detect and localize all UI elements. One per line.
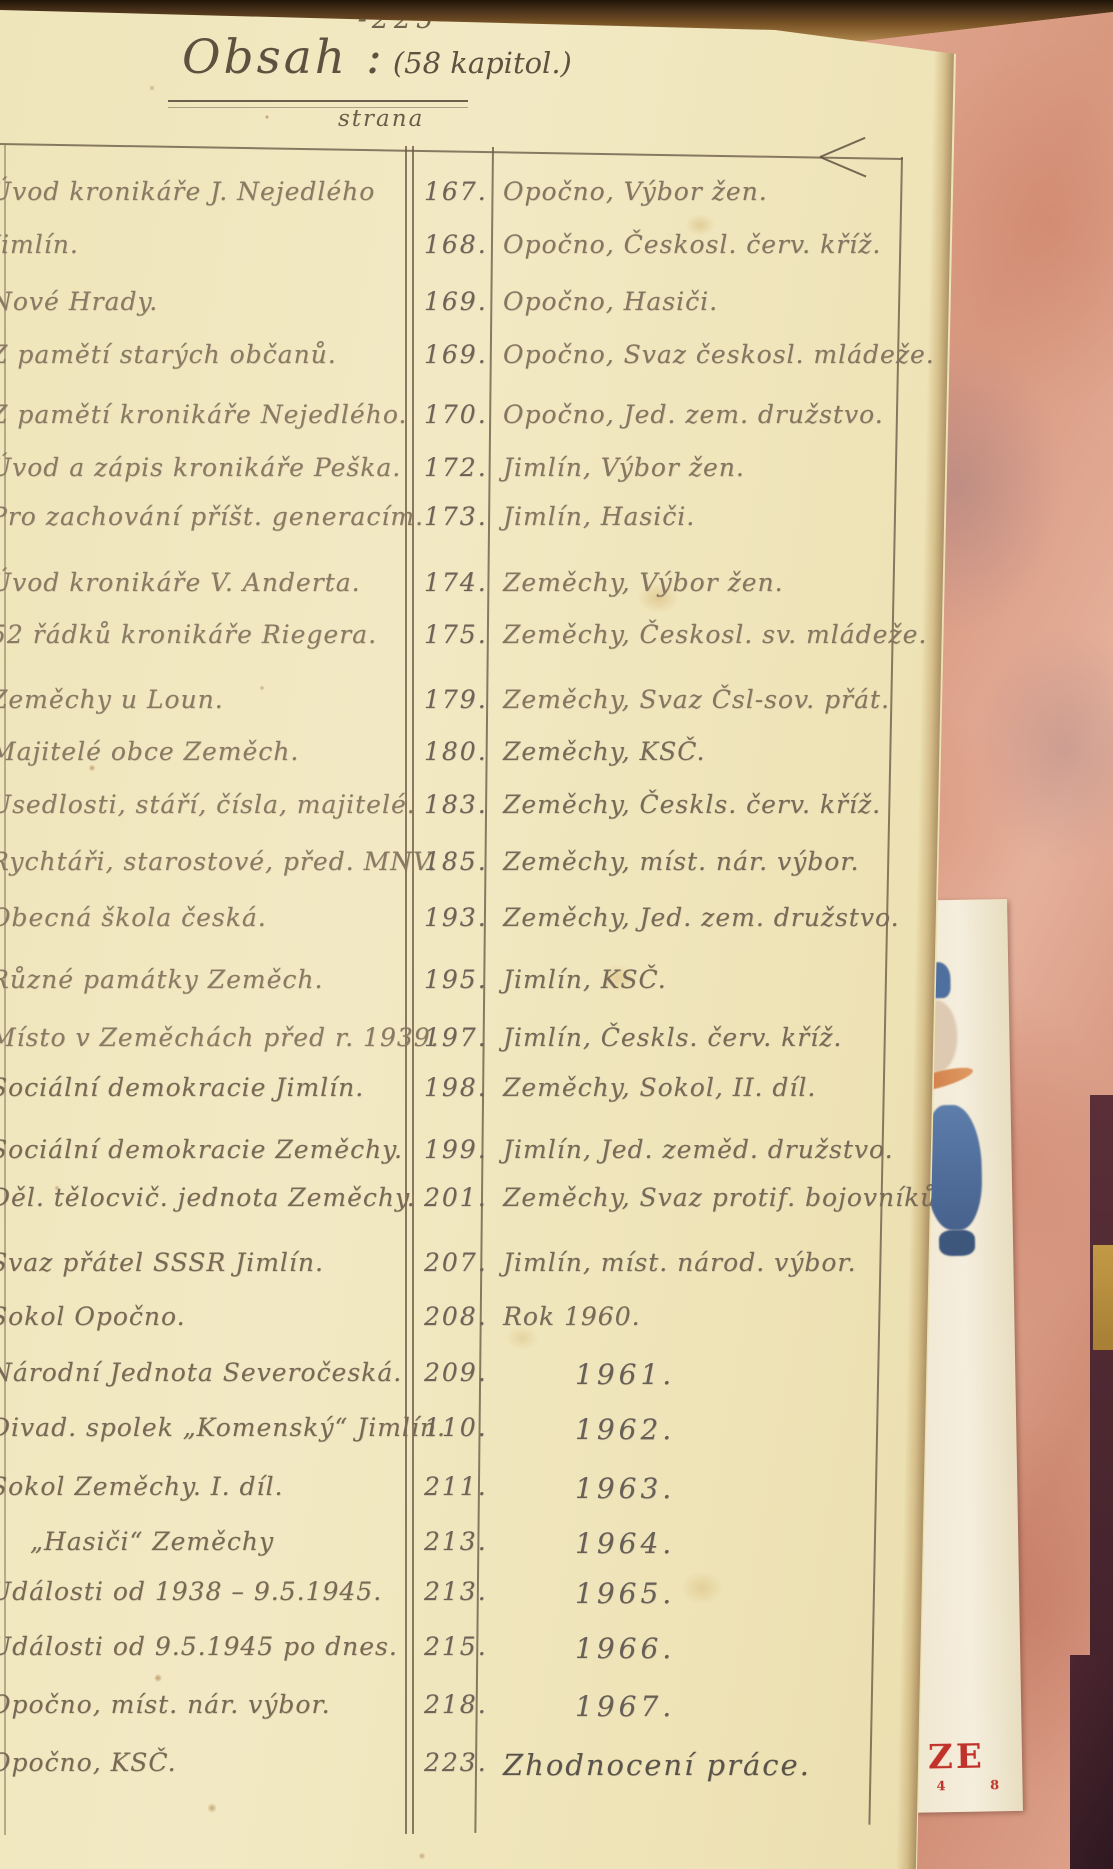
toc-entry-title-right: Opočno, Svaz českosl. mládeže. [503,340,935,369]
toc-entry-title: Různé památky Zeměch. [0,965,323,994]
toc-page-number: 199. [424,1135,488,1164]
toc-page-number: 218. [424,1690,488,1719]
toc-page-number: 185. [424,847,488,876]
figure-illustration [939,1230,975,1257]
toc-page-number: 197. [424,1023,488,1052]
toc-page-number: 223. [424,1748,488,1777]
toc-entry-title: Úvod kronikáře V. Anderta. [0,568,361,597]
toc-page-number: 213. [424,1577,488,1606]
toc-entry-title: Opočno, KSČ. [0,1748,177,1777]
toc-entry-title: Nové Hrady. [0,287,158,316]
toc-entry-title-right: Zeměchy, Svaz Čsl-sov. přát. [503,685,890,714]
toc-entry-title: „Hasiči“ Zeměchy [30,1527,274,1556]
toc-entry-title-right: Jimlín, Hasiči. [503,502,695,531]
toc-page-number: 167. [424,177,488,206]
toc-page-number: 201. [424,1183,488,1212]
toc-page-number: 175. [424,620,488,649]
toc-entry-title: Z pamětí kronikáře Nejedlého. [0,400,407,429]
toc-entry-title: Národní Jednota Severočeská. [0,1358,402,1387]
toc-entry-title-right: 1963. [575,1472,675,1505]
toc-entry-title-right: 1967. [575,1690,675,1723]
toc-entry-title-right: Opočno, Jed. zem. družstvo. [503,400,884,429]
figure-illustration [925,1104,983,1230]
toc-entry-title-right: Jimlín, Českls. červ. kříž. [503,1023,842,1052]
toc-page-number: 174. [424,568,488,597]
toc-entry-title: Úvod a zápis kronikáře Peška. [0,453,401,482]
toc-entry-title: Události od 1938 – 9.5.1945. [0,1577,382,1606]
toc-page-number: 169. [424,340,488,369]
toc-page-number: 183. [424,790,488,819]
toc-entry-title: Místo v Zeměchách před r. 1939. [0,1023,440,1052]
toc-entry-title-right: Zeměchy, Sokol, II. díl. [503,1073,816,1102]
toc-entry-title: Úvod kronikáře J. Nejedlého [0,177,375,206]
toc-entry-title: Z pamětí starých občanů. [0,340,337,369]
toc-row: Jimlín.168.Opočno, Českosl. červ. kříž. [0,230,1113,272]
toc-page-number: 168. [424,230,488,259]
toc-entry-title-right: Opočno, Výbor žen. [503,177,768,206]
toc-entry-title-right: Zeměchy, míst. nár. výbor. [503,847,860,876]
toc-entry-title: Sokol Opočno. [0,1302,186,1331]
toc-page-number: 208. [424,1302,488,1331]
toc-row: Nové Hrady.169.Opočno, Hasiči. [0,287,1113,329]
toc-entry-title: Obecná škola česká. [0,903,267,932]
toc-entry-title-right: 1964. [575,1527,675,1560]
toc-entry-title: Divad. spolek „Komenský“ Jimlín. [0,1413,446,1442]
toc-entry-title-right: Zeměchy, KSČ. [503,737,705,766]
toc-page-number: 169. [424,287,488,316]
toc-entry-title-right: Rok 1960. [503,1302,641,1331]
toc-entry-title-right: Jimlín, míst. národ. výbor. [503,1248,857,1277]
toc-page-number: 213. [424,1527,488,1556]
toc-page-number: 195. [424,965,488,994]
toc-entry-title: Usedlosti, stáří, čísla, majitelé. [0,790,416,819]
toc-entry-title-right: Zhodnocení práce. [503,1748,811,1782]
toc-entry-title-right: Zeměchy, Českosl. sv. mládeže. [503,620,927,649]
toc-entry-title-right: Opočno, Hasiči. [503,287,718,316]
toc-row: Z pamětí starých občanů.169.Opočno, Svaz… [0,340,1113,382]
toc-page-number: 215. [424,1632,488,1661]
toc-page-number: 172. [424,453,488,482]
toc-row: Úvod a zápis kronikáře Peška.172.Jimlín,… [0,453,1113,495]
postcard-red-digits: 4 8 [936,1779,1019,1793]
toc-entry-title-right: 1962. [575,1413,675,1446]
toc-row: Úvod kronikáře J. Nejedlého167.Opočno, V… [0,177,1113,219]
toc-entry-title: Události od 9.5.1945 po dnes. [0,1632,398,1661]
toc-page-number: 207. [424,1248,488,1277]
toc-entry-title-right: Zeměchy, Výbor žen. [503,568,784,597]
toc-page-number: 173. [424,502,488,531]
scanned-chronicle-page: ZE 4 8 -225- Obsah :(58 kapitol.) strana… [0,0,1113,1869]
toc-page-number: 179. [424,685,488,714]
toc-entry-title-right: Jimlín, Jed. zeměd. družstvo. [503,1135,894,1164]
toc-page-number: 180. [424,737,488,766]
toc-page-number: 193. [424,903,488,932]
book-spine-strip [1070,1655,1113,1869]
toc-page-number: 211. [424,1472,488,1501]
gold-edge-wedge [1093,1245,1113,1350]
toc-entry-title-right: 1961. [575,1358,675,1391]
toc-entry-title-right: Zeměchy, Českls. červ. kříž. [503,790,881,819]
toc-entry-title: Opočno, míst. nár. výbor. [0,1690,331,1719]
toc-page-number: 198. [424,1073,488,1102]
postcard-red-letters: ZE [928,1740,985,1775]
toc-page-number: 209. [424,1358,488,1387]
toc-entry-title-right: 1965. [575,1577,675,1610]
toc-entry-title: Jimlín. [0,230,79,259]
toc-entry-title: Majitelé obce Zeměch. [0,737,299,766]
toc-entry-title: Sociální demokracie Jimlín. [0,1073,364,1102]
toc-entry-title-right: Opočno, Českosl. červ. kříž. [503,230,881,259]
toc-entry-title: Sociální demokracie Zeměchy. [0,1135,403,1164]
toc-entry-title: Zeměchy u Loun. [0,685,224,714]
toc-entry-title-right: 1966. [575,1632,675,1665]
toc-entry-title: Svaz přátel SSSR Jimlín. [0,1248,324,1277]
toc-entry-title-right: Zeměchy, Svaz protif. bojovníků. [503,1183,946,1212]
toc-entry-title-right: Jimlín, KSČ. [503,965,667,994]
toc-entry-title: Sokol Zeměchy. I. díl. [0,1472,284,1501]
toc-entry-title-right: Zeměchy, Jed. zem. družstvo. [503,903,900,932]
toc-page-number: 110. [424,1413,488,1442]
toc-page-number: 170. [424,400,488,429]
toc-entry-title-right: Jimlín, Výbor žen. [503,453,745,482]
toc-entry-title: 52 řádků kronikáře Riegera. [0,620,377,649]
toc-entry-title: Rychtáři, starostové, před. MNV. [0,847,437,876]
toc-row: Z pamětí kronikáře Nejedlého.170.Opočno,… [0,400,1113,442]
toc-entry-title: Pro zachování příšt. generacím. [0,502,424,531]
toc-entry-title: Děl. tělocvič. jednota Zeměchy. [0,1183,416,1212]
